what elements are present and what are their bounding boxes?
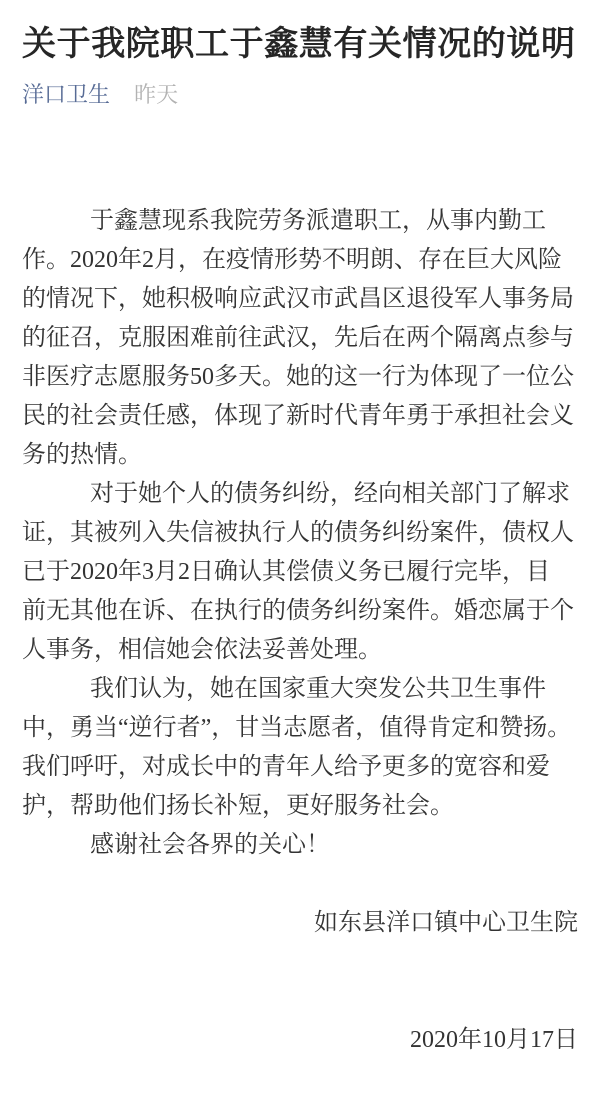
article-page: 关于我院职工于鑫慧有关情况的说明 洋口卫生 昨天 于鑫慧现系我院劳务派遣职工，从… — [0, 0, 600, 1114]
byline: 洋口卫生 昨天 — [22, 84, 578, 106]
publish-time: 昨天 — [134, 82, 178, 107]
date-line: 2020年10月17日 — [22, 1021, 578, 1060]
account-name-link[interactable]: 洋口卫生 — [22, 82, 110, 107]
paragraph-4: 感谢社会各界的关心！ — [22, 826, 578, 865]
paragraph-3: 我们认为，她在国家重大突发公共卫生事件 中，勇当“逆行者”，甘当志愿者，值得肯定… — [22, 670, 578, 826]
page-title: 关于我院职工于鑫慧有关情况的说明 — [22, 21, 578, 69]
signature-line: 如东县洋口镇中心卫生院 — [22, 904, 578, 943]
paragraph-1: 于鑫慧现系我院劳务派遣职工，从事内勤工 作。2020年2月，在疫情形势不明朗、存… — [22, 202, 578, 475]
paragraph-2: 对于她个人的债务纠纷，经向相关部门了解求 证，其被列入失信被执行人的债务纠纷案件… — [22, 475, 578, 670]
article-body: 于鑫慧现系我院劳务派遣职工，从事内勤工 作。2020年2月，在疫情形势不明朗、存… — [22, 202, 578, 865]
